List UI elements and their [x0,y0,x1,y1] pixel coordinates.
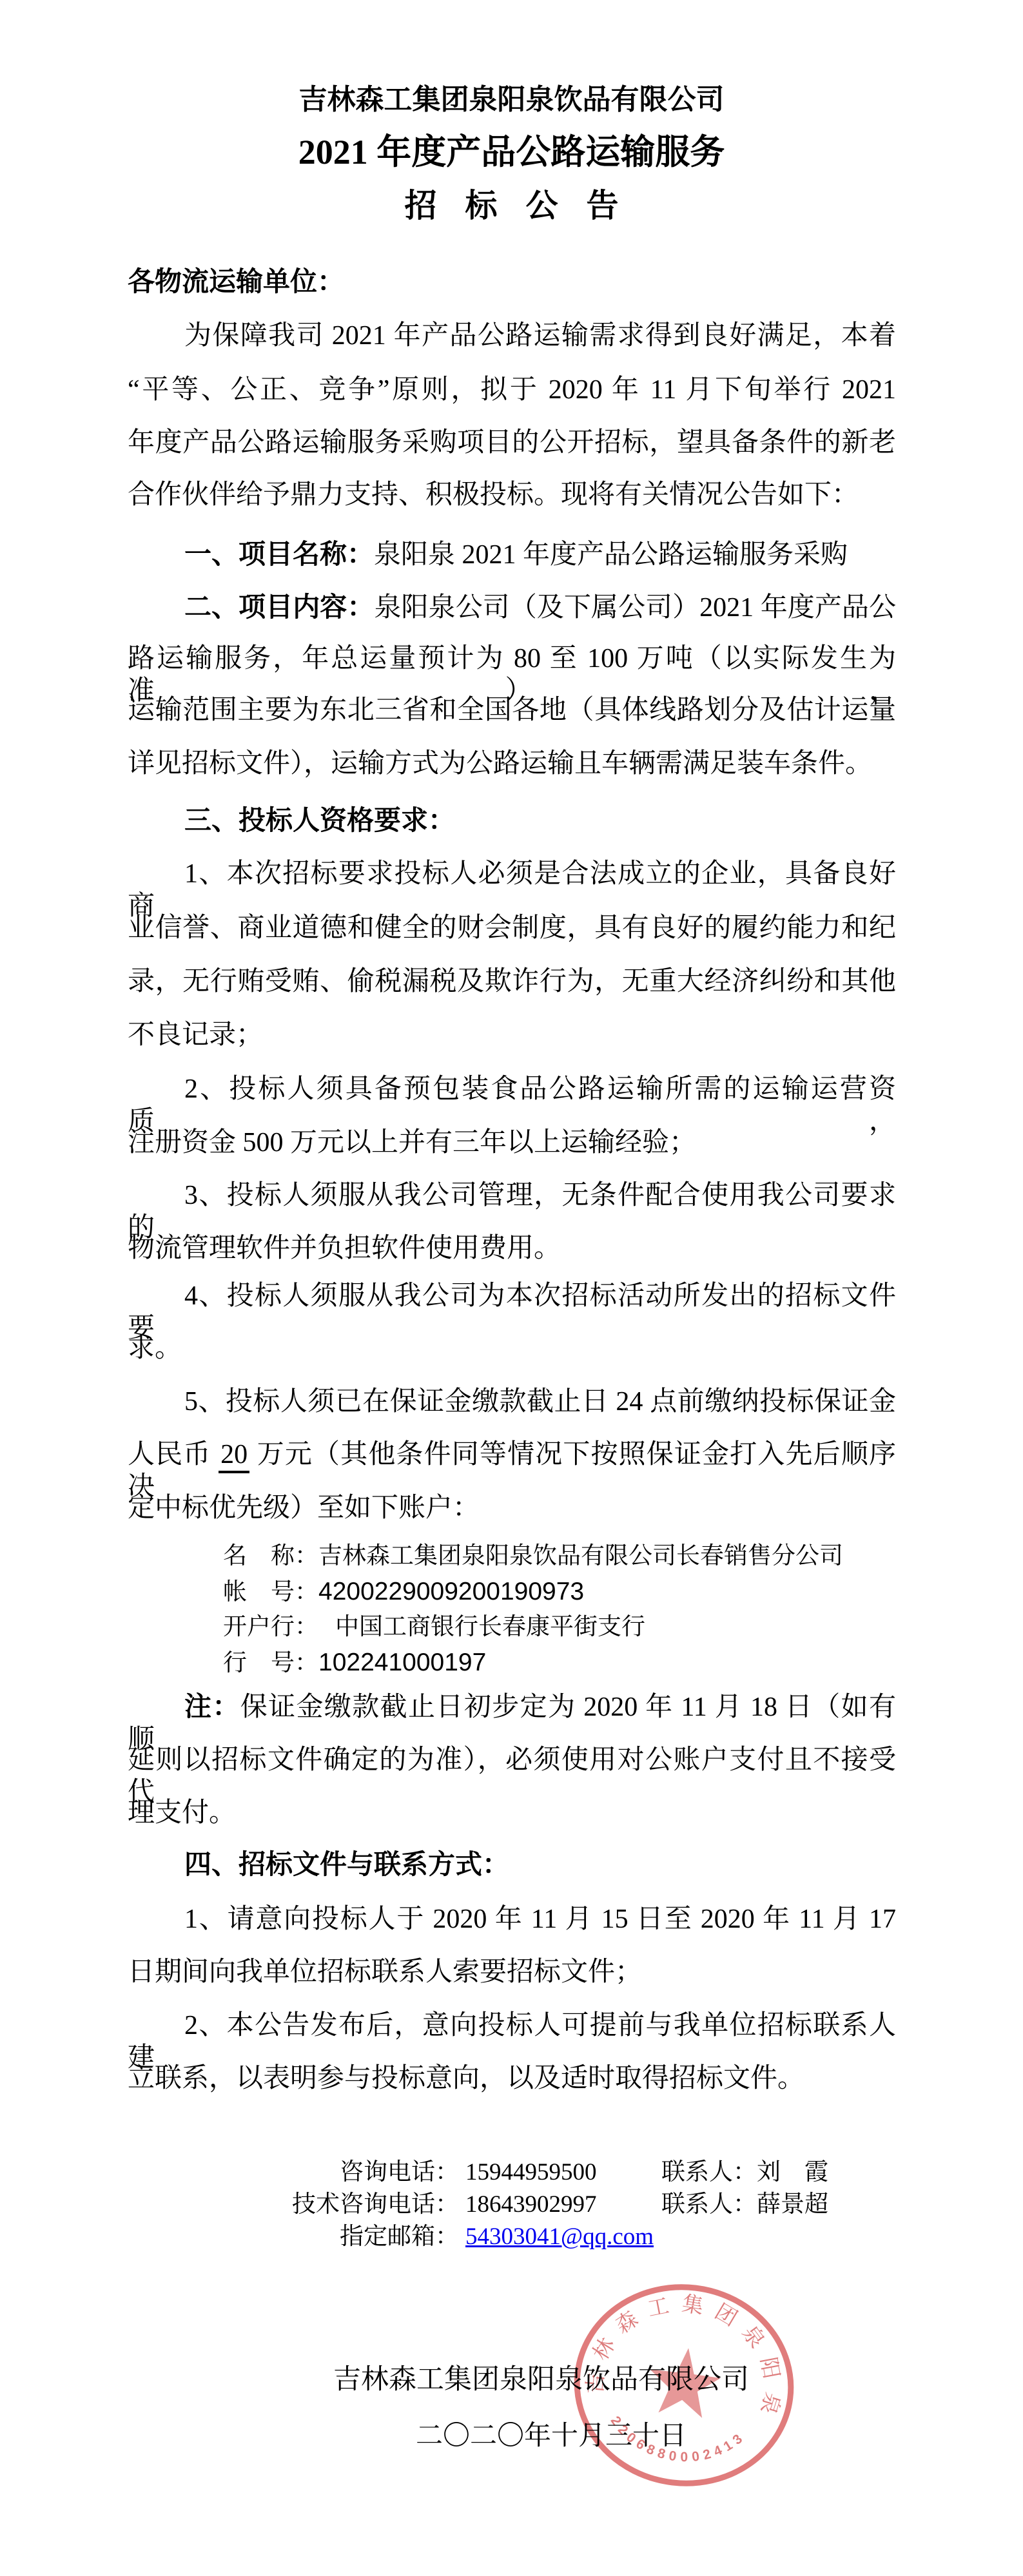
intro-line-1: 为保障我司 2021 年产品公路运输需求得到良好满足，本着 [128,320,896,352]
account-bank-value: 中国工商银行长春康平街支行 [335,1614,645,1640]
footer-company-name: 吉林森工集团泉阳泉饮品有限公司 [333,2364,749,2396]
contact-person-1: 联系人：刘 霞 [661,2158,828,2187]
intro-line-4: 合作伙伴给予鼎力支持、积极投标。现将有关情况公告如下： [128,479,896,511]
account-name-label: 名 称： [223,1543,318,1569]
account-bank-label: 开户行： [223,1614,318,1640]
salutation-line: 各物流运输单位： [128,266,896,298]
account-number-row: 帐 号：4200229009200190973 [223,1577,584,1607]
section3-item1-line-3: 录，无行贿受贿、偷税漏税及欺诈行为，无重大经济纠纷和其他 [128,965,896,998]
doc-title-company: 吉林森工集团泉阳泉饮品有限公司 [0,84,1023,116]
email-label: 指定邮箱： [128,2222,459,2252]
svg-text:吉林森工集团泉阳泉饮品有限公司: 吉林森工集团泉阳泉饮品有限公司 [570,2281,798,2428]
section1-label: 一、项目名称： [184,539,374,569]
section4-heading: 四、招标文件与联系方式： [128,1848,896,1881]
account-bank-row: 开户行：中国工商银行长春康平街支行 [223,1612,645,1642]
account-branch-label: 行 号： [223,1650,318,1676]
account-branch-row: 行 号：102241000197 [223,1648,486,1678]
contact-row-phone: 咨询电话： 15944959500 联系人：刘 霞 [128,2158,896,2189]
section3-item3-line-2: 物流管理软件并负担软件使用费用。 [128,1232,896,1264]
contact2-label: 联系人： [661,2191,757,2218]
tender-announcement-page: 吉林森工集团泉阳泉饮品有限公司 2021 年度产品公路运输服务 招标公告 各物流… [0,0,1023,2576]
contact-row-tech: 技术咨询电话： 18643902997 联系人：薛景超 [128,2190,896,2221]
section3-heading: 三、投标人资格要求： [128,804,896,837]
phone-value: 15944959500 [465,2158,597,2187]
contact1-name: 刘 霞 [757,2159,828,2185]
footer-date: 二〇二〇年十月三十日 [416,2420,687,2452]
section3-item2-line-2: 注册资金 500 万元以上并有三年以上运输经验； [128,1127,896,1159]
doc-title-project: 2021 年度产品公路运输服务 [0,133,1023,171]
stamp-ring-text: 吉林森工集团泉阳泉饮品有限公司 [570,2281,798,2428]
section4-item1-line-2: 日期间向我单位招标联系人索要招标文件； [128,1956,896,1988]
account-number-label: 帐 号： [223,1579,318,1605]
tech-phone-label: 技术咨询电话： [128,2190,459,2220]
account-name-row: 名 称：吉林森工集团泉阳泉饮品有限公司长春销售分公司 [223,1542,843,1571]
section4-item2-line-2: 立联系，以表明参与投标意向，以及适时取得招标文件。 [128,2062,896,2095]
deposit-amount-underlined: 20 [219,1440,249,1473]
section2-label: 二、项目内容： [184,592,374,622]
section3-item5-line-3: 定中标优先级）至如下账户： [128,1492,896,1524]
account-number-value: 4200229009200190973 [318,1578,584,1605]
doc-title-notice: 招标公告 [0,188,1023,224]
section4-item1-line-1: 1、请意向投标人于 2020 年 11 月 15 日至 2020 年 11 月 … [128,1903,896,1935]
section3-item1-line-4: 不良记录； [128,1019,896,1051]
phone-label: 咨询电话： [128,2158,459,2187]
section1-text: 泉阳泉 2021 年度产品公路运输服务采购 [374,540,848,570]
email-link[interactable]: 54303041@qq.com [465,2222,654,2252]
deposit-pre-text: 人民币 [128,1440,219,1469]
contact-row-email: 指定邮箱： 54303041@qq.com [128,2222,896,2253]
section1-line: 一、项目名称：泉阳泉 2021 年度产品公路运输服务采购 [128,538,896,571]
intro-line-2: “平等、公正、竞争”原则，拟于 2020 年 11 月下旬举行 2021 [128,374,896,406]
account-branch-value: 102241000197 [318,1649,486,1676]
contact1-label: 联系人： [661,2159,757,2185]
contact-person-2: 联系人：薛景超 [661,2190,828,2220]
intro-line-3: 年度产品公路运输服务采购项目的公开招标，望具备条件的新老 [128,427,896,459]
section2-line-4: 详见招标文件），运输方式为公路运输且车辆需满足装车条件。 [128,748,896,780]
section3-item5-line-1: 5、投标人须已在保证金缴款截止日 24 点前缴纳投标保证金 [128,1386,896,1418]
section2-text-1: 泉阳泉公司（及下属公司）2021 年度产品公 [374,593,896,623]
tech-phone-value: 18643902997 [465,2190,597,2220]
section2-line-3: 运输范围主要为东北三省和全国各地（具体线路划分及估计运量 [128,694,896,726]
section2-line-1: 二、项目内容：泉阳泉公司（及下属公司）2021 年度产品公 [128,591,896,624]
note-label: 注： [184,1691,240,1721]
note-line-3: 理支付。 [128,1797,896,1829]
contact2-name: 薛景超 [757,2191,828,2218]
section3-item4-line-2: 求。 [128,1332,896,1364]
account-name-value: 吉林森工集团泉阳泉饮品有限公司长春销售分公司 [318,1543,843,1569]
section3-item1-line-2: 业信誉、商业道德和健全的财会制度，具有良好的履约能力和纪 [128,912,896,944]
